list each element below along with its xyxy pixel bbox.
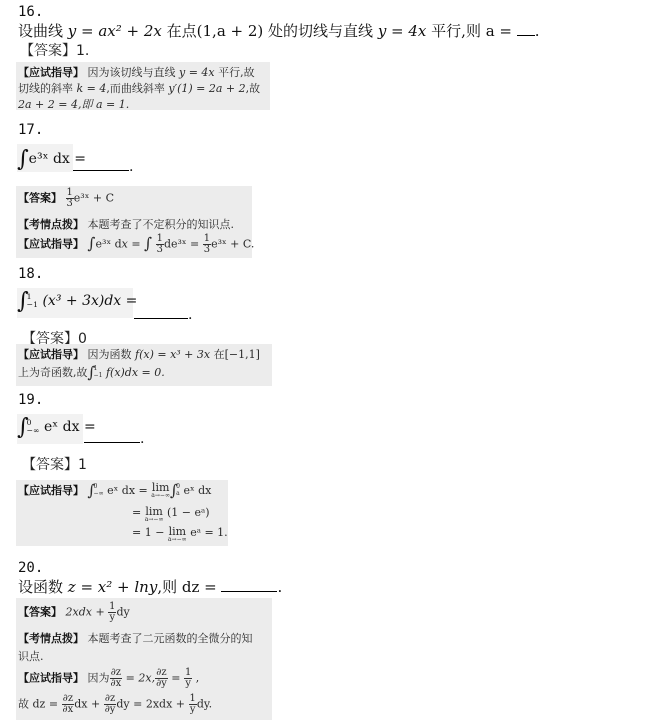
question-16-answer: 【答案】1. [20, 40, 89, 60]
answer-blank [134, 317, 188, 319]
question-17-explanation: 【答案】 13e³ˣ + C 【考情点拨】 本题考查了不定积分的知识点. 【应试… [16, 186, 252, 258]
answer-blank [221, 590, 277, 592]
question-number-17: 17. [18, 122, 43, 138]
question-19-answer: 【答案】1 [22, 454, 87, 474]
question-number-19: 19. [18, 392, 43, 408]
answer-blank [73, 169, 129, 171]
question-20-explanation: 【答案】 2xdx + 1ydy 【考情点拨】 本题考查了二元函数的全微分的知 … [16, 598, 272, 720]
question-16-prompt: 设曲线 y = ax² + 2x 在点(1,a + 2) 处的切线与直线 y =… [18, 20, 540, 41]
question-18-guide: 【应试指导】 因为函数 f(x) = x³ + 3x 在[−1,1] 上为奇函数… [16, 344, 272, 386]
answer-blank [517, 34, 535, 36]
question-19-guide: 【应试指导】 ∫0−∞ eˣ dx = lima→−∞∫0a eˣ dx = l… [16, 480, 228, 546]
question-16-guide: 【应试指导】 因为该切线与直线 y = 4x 平行,故 切线的斜率 k = 4,… [16, 62, 270, 110]
question-19-prompt: ∫0−∞ eˣ dx = [17, 414, 83, 444]
question-20-prompt: 设函数 z = x² + lny,则 dz = . [18, 576, 282, 597]
question-number-18: 18. [18, 266, 43, 282]
question-number-16: 16. [18, 4, 43, 20]
question-18-prompt: ∫1−1 (x³ + 3x)dx = [17, 288, 133, 318]
answer-blank [84, 441, 140, 443]
question-number-20: 20. [18, 560, 43, 576]
question-17-prompt: ∫e³ˣ dx = [17, 144, 73, 172]
